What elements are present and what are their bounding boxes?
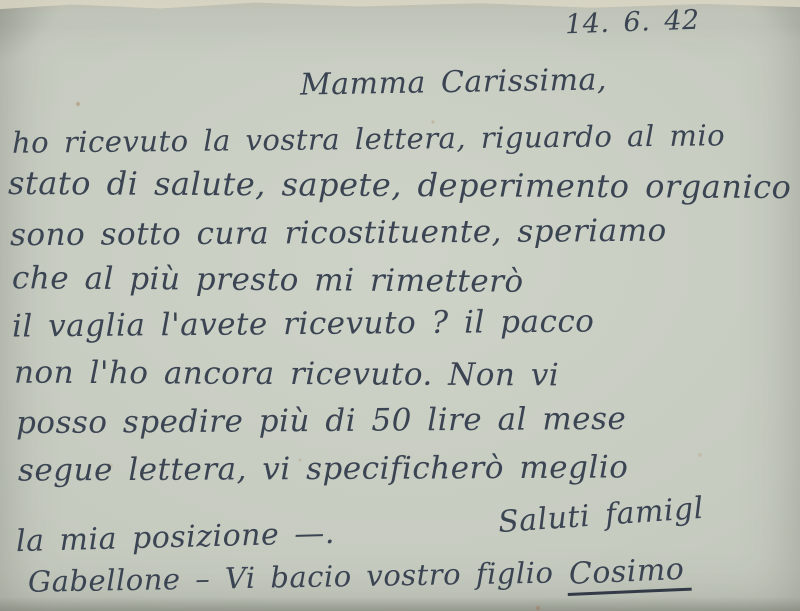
letter-date: 14. 6. 42 (565, 6, 701, 40)
signature-prefix: Gabellone – Vi bacio vostro figlio (28, 556, 554, 599)
salutation: Mamma Carissima, (300, 63, 607, 101)
body-line: il vaglia l'avete ricevuto ? il pacco (12, 304, 595, 343)
closing-salutation: Saluti famigl (497, 492, 705, 539)
body-line: la mia posizione —. (16, 517, 336, 558)
body-line: stato di salute, sapete, deperimento org… (8, 166, 791, 205)
body-line: non l'ho ancora ricevuto. Non vi (14, 356, 559, 393)
handwritten-postcard: 14. 6. 42 Mamma Carissima, ho ricevuto l… (0, 0, 800, 611)
body-line: posso spedire più di 50 lire al mese (16, 402, 627, 440)
signature-name: Cosimo (567, 553, 692, 596)
body-line: segue lettera, vi specificherò meglio (18, 450, 629, 487)
body-line: ho ricevuto la vostra lettera, riguardo … (12, 120, 725, 159)
signature-line: Gabellone – Vi bacio vostro figlioCosimo (28, 554, 692, 604)
body-line: sono sotto cura ricostituente, speriamo (10, 214, 667, 253)
body-line: che al più presto mi rimetterò (12, 261, 524, 299)
